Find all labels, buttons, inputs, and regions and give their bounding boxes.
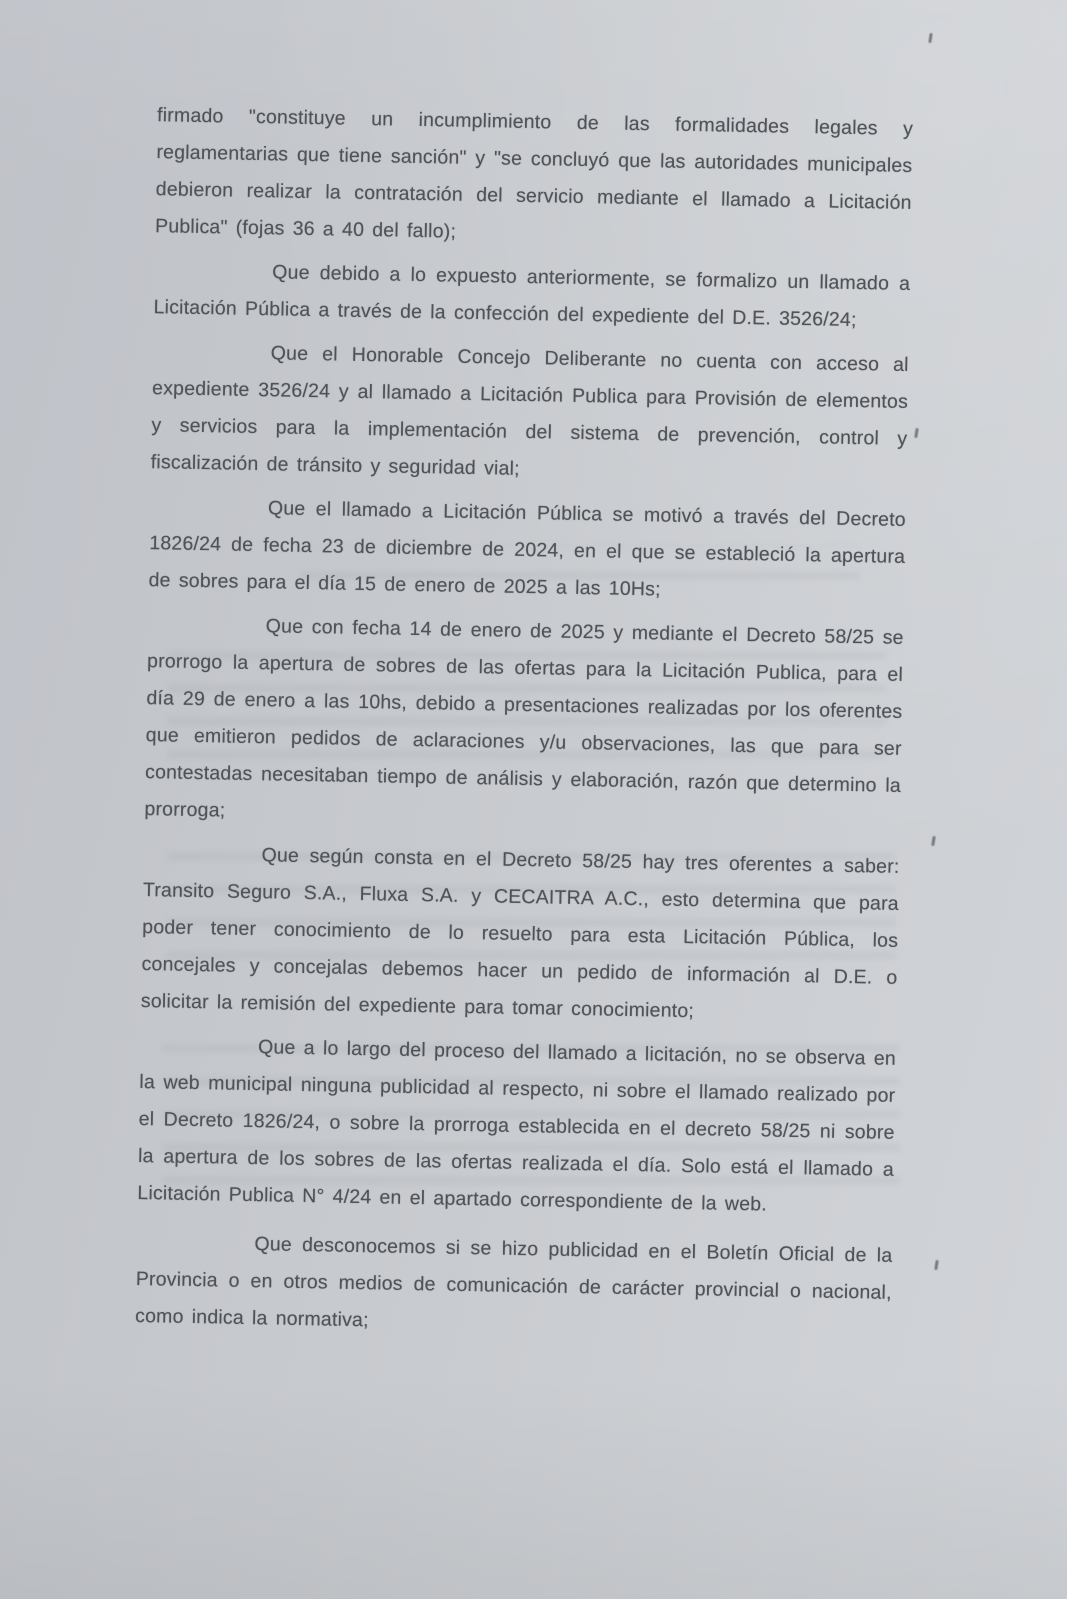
paragraph: Que con fecha 14 de enero de 2025 y medi…	[144, 606, 904, 842]
ink-speck	[914, 428, 919, 438]
paragraph: Que el Honorable Concejo Deliberante no …	[150, 333, 909, 495]
paragraph: firmado "constituye un incumplimiento de…	[155, 97, 914, 259]
paragraph: Que a lo largo del proceso del llamado a…	[137, 1027, 896, 1226]
document-text: firmado "constituye un incumplimiento de…	[135, 97, 914, 1356]
paragraph: Que el llamado a Licitación Pública se m…	[148, 488, 906, 613]
scanned-document-page: firmado "constituye un incumplimiento de…	[0, 0, 1067, 1599]
ink-speck	[934, 1260, 939, 1270]
paragraph: Que desconocemos si se hizo publicidad e…	[135, 1224, 893, 1349]
paragraph: Que según consta en el Decreto 58/25 hay…	[141, 835, 900, 1034]
ink-speck	[931, 836, 936, 846]
ink-speck	[928, 33, 933, 43]
paragraph: Que debido a lo expuesto anteriormente, …	[153, 252, 910, 340]
